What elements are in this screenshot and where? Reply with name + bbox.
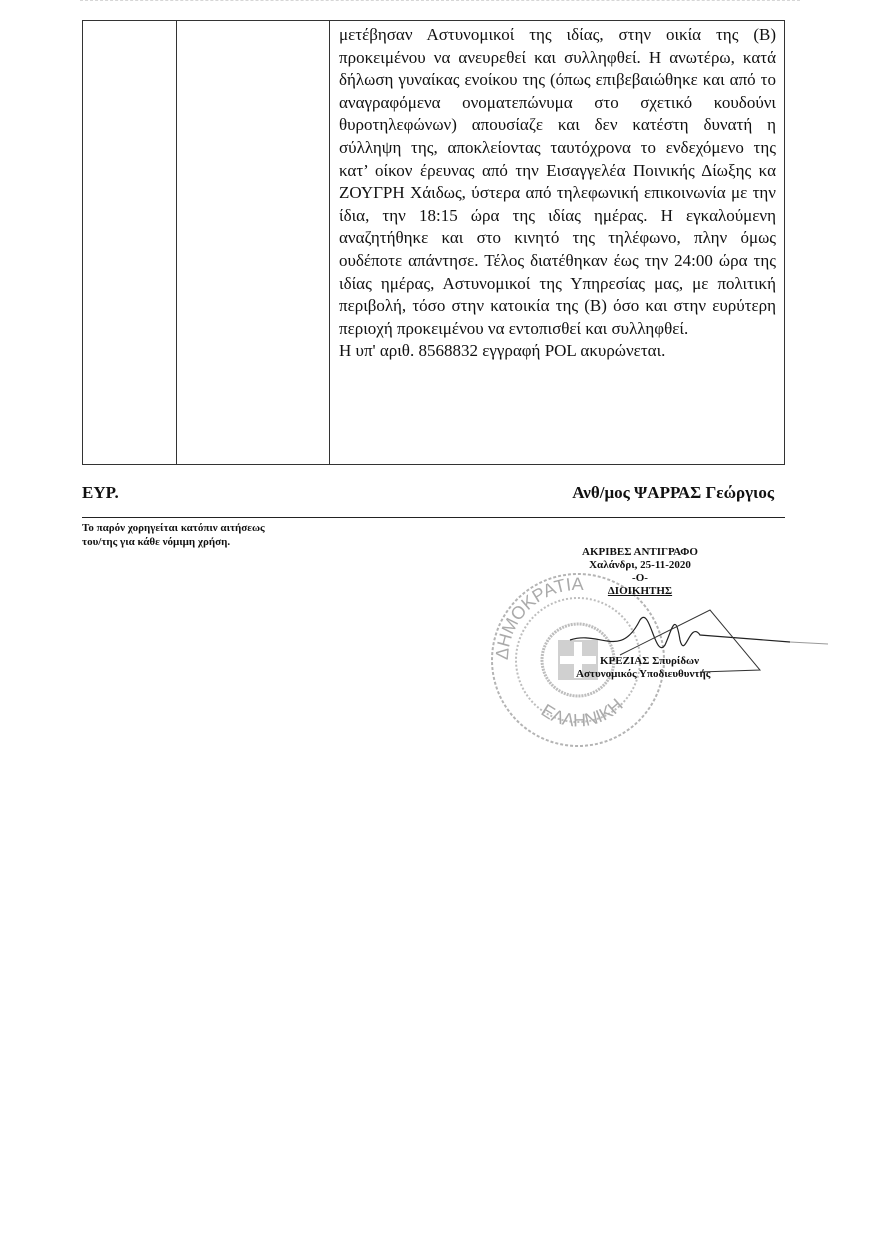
article: -Ο- <box>540 572 740 585</box>
column-divider <box>176 21 177 464</box>
footer-divider <box>82 517 785 518</box>
issuance-note-line: του/της για κάθε νόμιμη χρήση. <box>82 535 265 549</box>
issuance-note-line: Το παρόν χορηγείται κατόπιν αιτήσεως <box>82 521 265 535</box>
issuance-note: Το παρόν χορηγείται κατόπιν αιτήσεως του… <box>82 521 265 549</box>
footer-left-label: ΕΥΡ. <box>82 483 119 503</box>
signer-rank: Αστυνομικός Υποδιευθυντής <box>576 668 710 681</box>
certified-copy-title: ΑΚΡΙΒΕΣ ΑΝΤΙΓΡΑΦΟ <box>540 546 740 559</box>
officer-name: Ανθ/μος ΨΑΡΡΑΣ Γεώργιος <box>572 483 774 503</box>
signer-name: ΚΡΕΖΙΑΣ Σπυρίδων <box>600 655 699 667</box>
record-cancellation-line: Η υπ' αριθ. 8568832 εγγραφή POL ακυρώνετ… <box>339 340 776 363</box>
signer-block: ΚΡΕΖΙΑΣ Σπυρίδων Αστυνομικός Υποδιευθυντ… <box>600 655 710 681</box>
certified-copy-block: ΑΚΡΙΒΕΣ ΑΝΤΙΓΡΑΦΟ Χαλάνδρι, 25-11-2020 -… <box>540 546 740 598</box>
signer-role: ΔΙΟΙΚΗΤΗΣ <box>540 585 740 598</box>
record-table: μετέβησαν Αστυνομικοί της ιδίας, στην οι… <box>82 20 785 465</box>
record-paragraph: μετέβησαν Αστυνομικοί της ιδίας, στην οι… <box>339 24 776 340</box>
place-date: Χαλάνδρι, 25-11-2020 <box>540 559 740 572</box>
scan-artifact <box>80 0 800 5</box>
column-divider <box>329 21 330 464</box>
svg-text:ΕΛΛΗΝΙΚΗ: ΕΛΛΗΝΙΚΗ <box>538 695 627 731</box>
record-description-cell: μετέβησαν Αστυνομικοί της ιδίας, στην οι… <box>339 24 776 363</box>
